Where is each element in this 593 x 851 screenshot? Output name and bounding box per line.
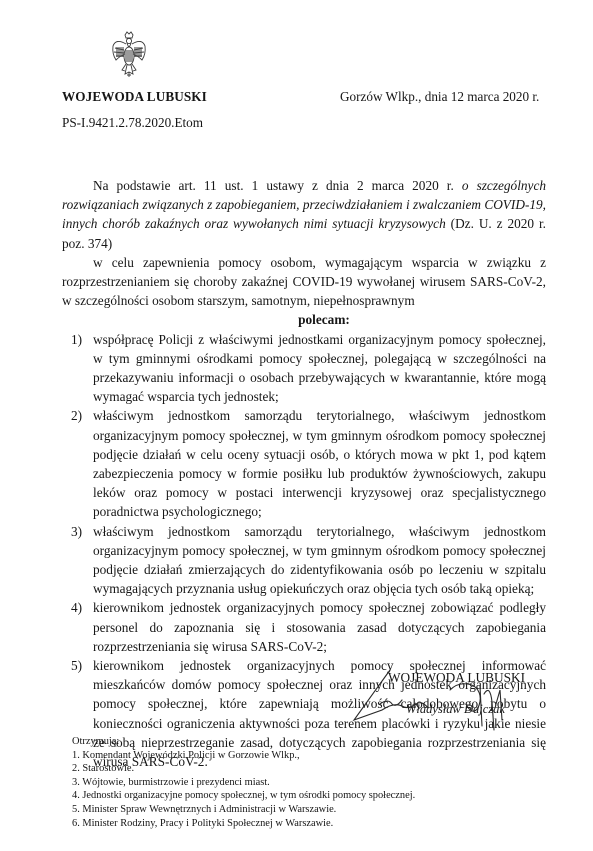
- order-item: 2)właściwym jednostkom samorządu terytor…: [62, 406, 546, 521]
- recipient-item: 4. Jednostki organizacyjne pomocy społec…: [72, 789, 415, 803]
- order-text: współpracę Policji z właściwymi jednostk…: [93, 332, 546, 405]
- order-text: kierownikom jednostek organizacyjnych po…: [93, 600, 546, 653]
- order-number: 4): [71, 598, 82, 617]
- recipient-item: 2. Starostowie.: [72, 762, 415, 776]
- orders-heading: polecam:: [62, 310, 546, 329]
- order-number: 1): [71, 330, 82, 349]
- order-number: 2): [71, 406, 82, 425]
- purpose-paragraph: w celu zapewnienia pomocy osobom, wymaga…: [62, 253, 546, 311]
- order-number: 5): [71, 656, 82, 675]
- signature-block: WOJEWODA LUBUSKI Władysław Dajczak: [388, 670, 563, 730]
- issuer-title: WOJEWODA LUBUSKI: [62, 89, 207, 105]
- order-text: właściwym jednostkom samorządu terytoria…: [93, 524, 546, 597]
- place-and-date: Gorzów Wlkp., dnia 12 marca 2020 r.: [340, 89, 539, 105]
- order-item: 4)kierownikom jednostek organizacyjnych …: [62, 598, 546, 656]
- handwritten-signature-icon: [350, 664, 560, 734]
- reference-number: PS-I.9421.2.78.2020.Etom: [62, 115, 203, 131]
- recipient-item: 3. Wójtowie, burmistrzowie i prezydenci …: [72, 776, 415, 790]
- recipients-title: Otrzymują:: [72, 735, 415, 749]
- polish-eagle-emblem-icon: [110, 30, 148, 82]
- legal-basis-text: Na podstawie art. 11 ust. 1 ustawy z dni…: [93, 178, 462, 193]
- order-number: 3): [71, 522, 82, 541]
- recipient-item: 5. Minister Spraw Wewnętrznych i Adminis…: [72, 803, 415, 817]
- order-item: 1)współpracę Policji z właściwymi jednos…: [62, 330, 546, 407]
- recipient-item: 6. Minister Rodziny, Pracy i Polityki Sp…: [72, 817, 415, 831]
- legal-basis-paragraph: Na podstawie art. 11 ust. 1 ustawy z dni…: [62, 176, 546, 253]
- order-text: właściwym jednostkom samorządu terytoria…: [93, 408, 546, 519]
- recipients-list: Otrzymują: 1. Komendant Wojewódzki Polic…: [72, 735, 415, 830]
- order-item: 3)właściwym jednostkom samorządu terytor…: [62, 522, 546, 599]
- recipient-item: 1. Komendant Wojewódzki Policji w Gorzow…: [72, 749, 415, 763]
